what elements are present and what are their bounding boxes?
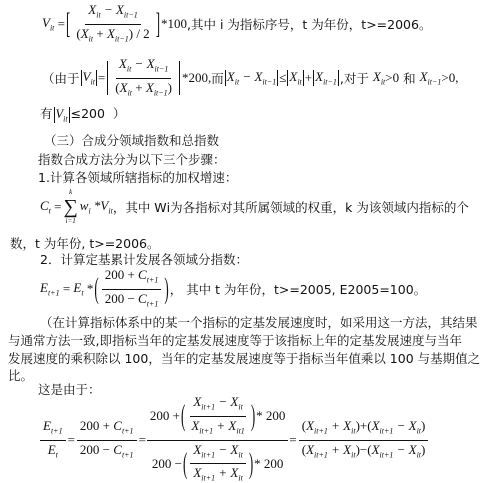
formula1-note: ,其中 i 为指标序号，t 为年份，t>=2006。 — [187, 15, 431, 33]
section-heading: （三）合成分领域指数和总指数 — [44, 131, 219, 149]
formula2-line2: 有Vit≤200 ） — [40, 104, 125, 124]
paragraph-line-1: （在计算指标体系中的某一个指标的定基发展速度时，如采用这一方法，其结果 — [40, 313, 478, 331]
formula-abs-vit: （由于 Vit= Xit − Xit−1 (Xit + Xit−1) *200,… — [42, 58, 458, 98]
formula-vit-definition: Vit = [ Xit − Xit−1 (Xit + Xit−1) / 2 ] … — [42, 4, 431, 44]
because-label: 这是由于： — [38, 380, 101, 398]
fraction: Xit − Xit−1 (Xit + Xit−1) / 2 — [73, 2, 152, 46]
right-bracket: ] — [156, 6, 160, 43]
paragraph-line-4: 比。 — [8, 366, 33, 384]
multiplier-200: *200, — [182, 70, 211, 86]
left-bracket: [ — [66, 6, 70, 43]
formula-ratio-derivation: Et+1Et= 200 + Ct+1200 − Ct+1= 200 +(Xit+… — [38, 402, 430, 478]
section-intro: 指数合成方法分为以下三个步骤： — [38, 150, 226, 168]
multiplier: *100 — [161, 16, 187, 32]
summation: k ∑ i=1 — [64, 188, 78, 226]
paragraph-line-3: 发展速度的乘积除以 100，当年的定基发展速度等于指标当年值乘以 100 与基期… — [8, 349, 480, 367]
paragraph-line-2: 与通常方法一致,即指标当年的定基发展速度等于该指标上年的定基发展速度与当年 — [8, 331, 462, 349]
formula-et: Et+1 = Et * ( 200 + Ct+1200 − Ct+1 ) ， 其… — [40, 268, 426, 310]
step-2: 2．计算定基累计发展各领域分指数： — [40, 250, 248, 268]
paren-prefix: （由于 — [42, 69, 80, 87]
text-and: 而 — [211, 69, 224, 87]
formula-ct: Ct = k ∑ i=1 wi *Vit ，其中 Wi 为各指标对其所属领域的权… — [40, 188, 469, 226]
step-1: 1.计算各领域所辖指标的加权增速： — [38, 168, 237, 186]
abs-fraction: Xit − Xit−1 (Xit + Xit−1) — [112, 56, 175, 100]
